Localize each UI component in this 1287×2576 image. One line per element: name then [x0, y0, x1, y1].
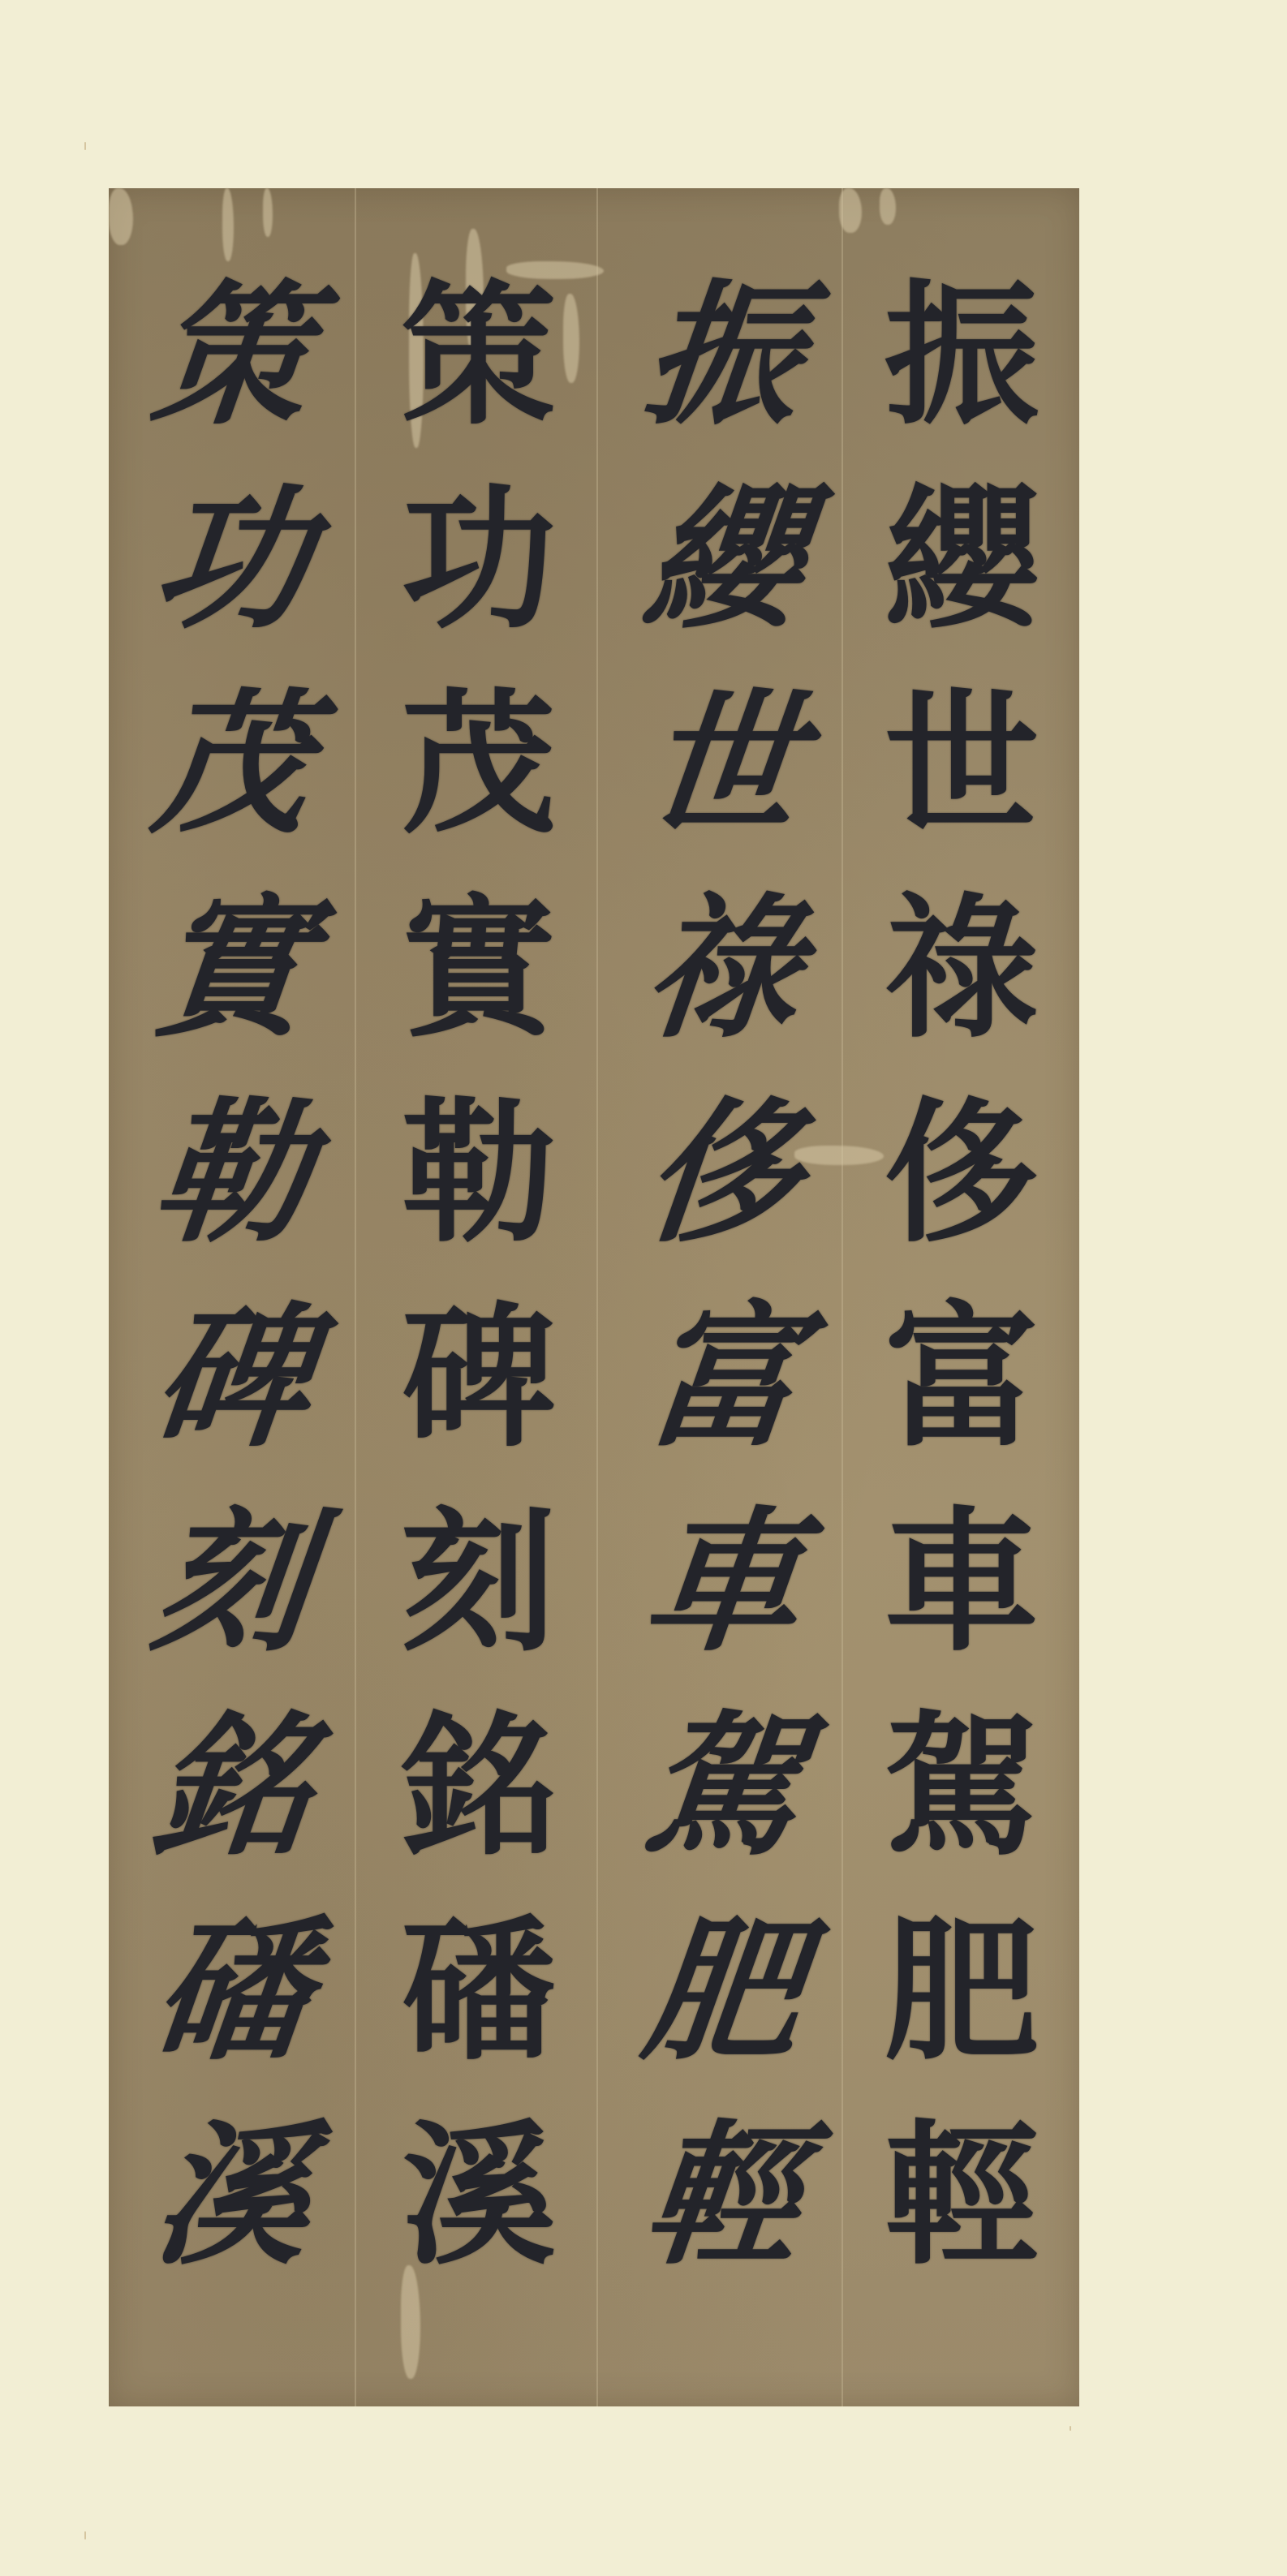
glyph: 銘	[381, 1684, 576, 1889]
glyph: 富	[615, 1275, 831, 1480]
glyph: 磻	[124, 1889, 340, 2093]
glyph: 勒	[124, 1071, 340, 1275]
glyph: 策	[381, 253, 576, 458]
glyph: 世	[615, 662, 831, 867]
paper-speck	[84, 142, 86, 150]
glyph: 駕	[864, 1684, 1059, 1889]
glyph: 肥	[864, 1889, 1059, 2093]
water-stain	[839, 188, 862, 233]
glyph: 輕	[864, 2093, 1059, 2298]
glyph: 輕	[615, 2093, 831, 2298]
glyph: 勒	[381, 1071, 576, 1275]
glyph: 銘	[124, 1684, 340, 1889]
calligraphy-column-3: 策 功 茂 實 勒 碑 刻 銘 磻 溪	[373, 188, 584, 2406]
glyph: 振	[615, 253, 831, 458]
glyph: 振	[864, 253, 1059, 458]
glyph: 溪	[124, 2093, 340, 2298]
glyph: 祿	[864, 867, 1059, 1071]
glyph: 纓	[615, 458, 831, 662]
calligraphy-column-4: 策 功 茂 實 勒 碑 刻 銘 磻 溪	[127, 188, 338, 2406]
glyph: 磻	[381, 1889, 576, 2093]
glyph: 茂	[381, 662, 576, 867]
glyph: 纓	[864, 458, 1059, 662]
calligraphy-column-1: 振 纓 世 祿 侈 富 車 駕 肥 輕	[860, 188, 1063, 2406]
glyph: 駕	[615, 1684, 831, 1889]
glyph: 功	[124, 458, 340, 662]
glyph: 碑	[124, 1275, 340, 1480]
glyph: 茂	[124, 662, 340, 867]
paper-speck	[1070, 2426, 1071, 2431]
glyph: 功	[381, 458, 576, 662]
glyph: 肥	[615, 1889, 831, 2093]
column-seam	[596, 188, 598, 2406]
glyph: 刻	[381, 1480, 576, 1684]
glyph: 策	[124, 253, 340, 458]
calligraphy-panel: 振 纓 世 祿 侈 富 車 駕 肥 輕 振 纓 世 祿 侈 富 車 駕 肥 輕 …	[109, 188, 1079, 2406]
glyph: 實	[124, 867, 340, 1071]
paper-speck	[84, 2531, 86, 2539]
column-seam	[841, 188, 843, 2406]
glyph: 侈	[615, 1071, 831, 1275]
glyph: 車	[864, 1480, 1059, 1684]
glyph: 世	[864, 662, 1059, 867]
glyph: 實	[381, 867, 576, 1071]
glyph: 刻	[124, 1480, 340, 1684]
column-seam	[355, 188, 356, 2406]
glyph: 富	[864, 1275, 1059, 1480]
glyph: 車	[615, 1480, 831, 1684]
calligraphy-column-2: 振 纓 世 祿 侈 富 車 駕 肥 輕	[618, 188, 829, 2406]
glyph: 溪	[381, 2093, 576, 2298]
glyph: 碑	[381, 1275, 576, 1480]
glyph: 侈	[864, 1071, 1059, 1275]
glyph: 祿	[615, 867, 831, 1071]
